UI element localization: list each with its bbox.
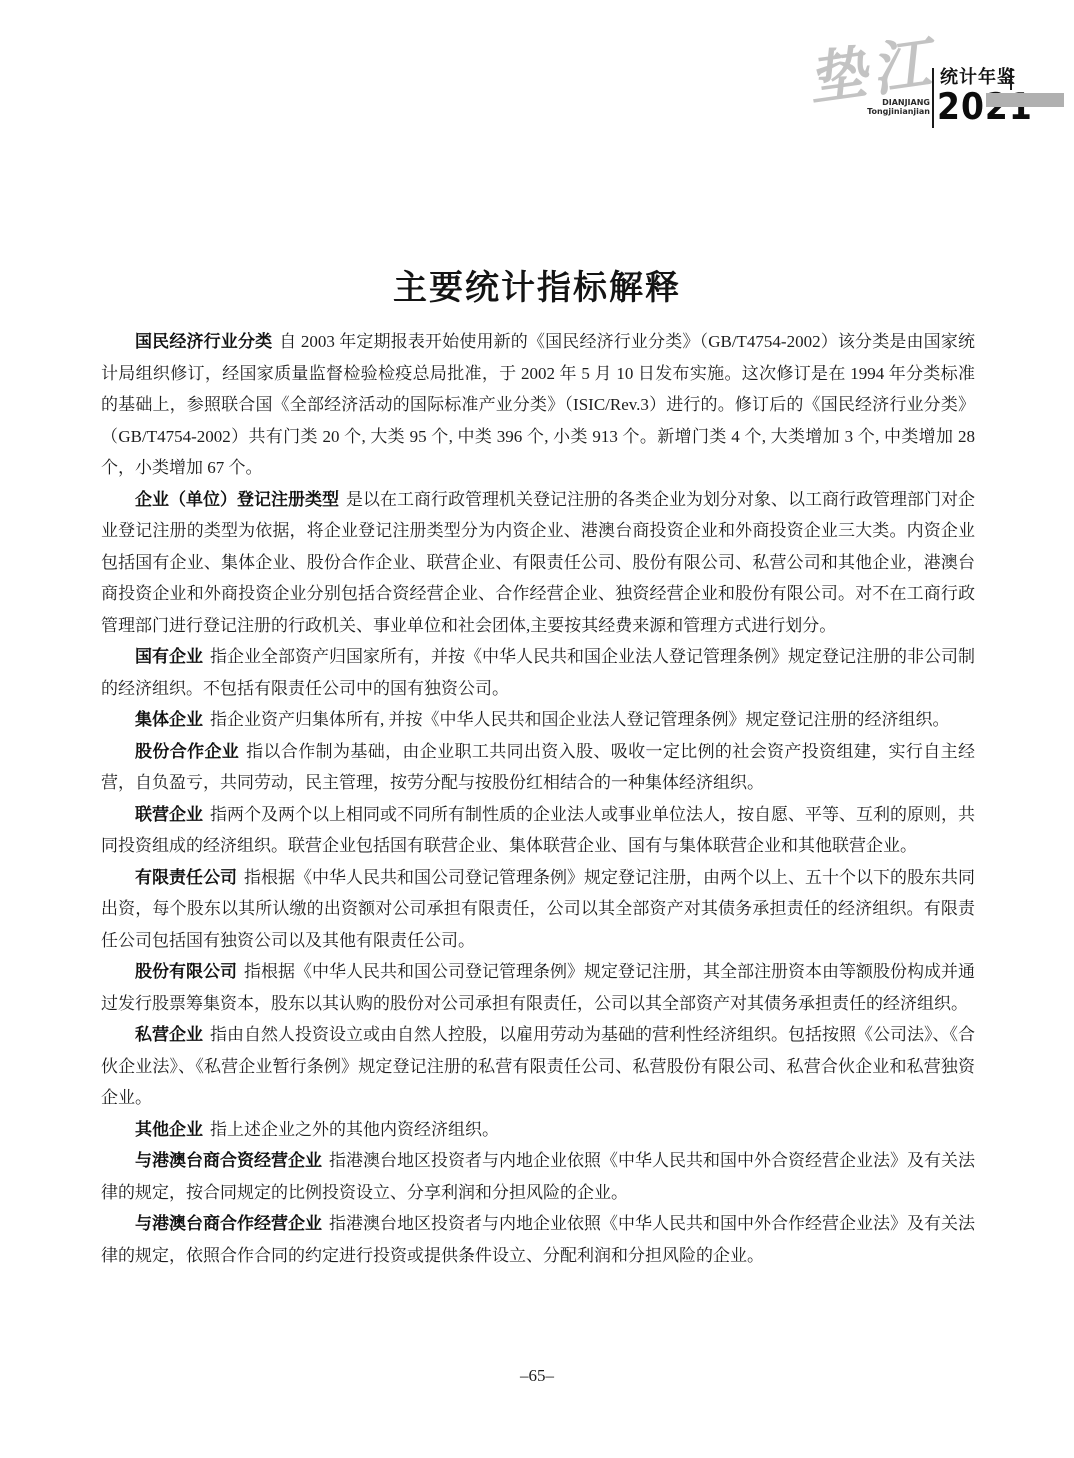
term-definition: 自 2003 年定期报表开始使用新的《国民经济行业分类》（GB/T4754-20… [101,332,975,477]
definition-paragraph: 集体企业指企业资产归集体所有, 并按《中华人民共和国企业法人登记管理条例》规定登… [101,704,975,736]
term-label: 股份有限公司 [135,962,237,981]
definition-paragraph: 其他企业指上述企业之外的其他内资经济组织。 [101,1114,975,1146]
logo-roman-line2: Tongjinianjian [822,107,930,116]
definition-paragraph: 与港澳台商合作经营企业指港澳台地区投资者与内地企业依照《中华人民共和国中外合作经… [101,1208,975,1271]
term-definition: 是以在工商行政管理机关登记注册的各类企业为划分对象、以工商行政管理部门对企业登记… [101,490,975,635]
logo-roman-line1: DIANJIANG [822,98,930,107]
document-body: 国民经济行业分类自 2003 年定期报表开始使用新的《国民经济行业分类》（GB/… [101,326,975,1271]
term-definition: 指企业全部资产归国家所有，并按《中华人民共和国企业法人登记管理条例》规定登记注册… [101,647,975,698]
definition-paragraph: 企业（单位）登记注册类型是以在工商行政管理机关登记注册的各类企业为划分对象、以工… [101,484,975,642]
term-label: 有限责任公司 [135,868,237,887]
term-label: 与港澳台商合作经营企业 [135,1214,322,1233]
definition-paragraph: 股份有限公司指根据《中华人民共和国公司登记管理条例》规定登记注册，其全部注册资本… [101,956,975,1019]
definition-paragraph: 国民经济行业分类自 2003 年定期报表开始使用新的《国民经济行业分类》（GB/… [101,326,975,484]
term-label: 国有企业 [135,647,203,666]
definition-paragraph: 股份合作企业指以合作制为基础，由企业职工共同出资入股、吸收一定比例的社会资产投资… [101,736,975,799]
term-label: 联营企业 [135,805,203,824]
term-definition: 指两个及两个以上相同或不同所有制性质的企业法人或事业单位法人，按自愿、平等、互利… [101,805,975,856]
term-label: 集体企业 [135,710,203,729]
definition-paragraph: 私营企业指由自然人投资设立或由自然人控股，以雇用劳动为基础的营利性经济组织。包括… [101,1019,975,1114]
logo-gray-bar [986,93,1064,107]
term-label: 股份合作企业 [135,742,239,761]
yearbook-logo: 垫江 DIANJIANG Tongjinianjian 统计年鉴 2021 [800,46,1074,136]
logo-vertical-divider [932,68,934,128]
logo-romanized-text: DIANJIANG Tongjinianjian [822,98,930,116]
definition-paragraph: 有限责任公司指根据《中华人民共和国公司登记管理条例》规定登记注册，由两个以上、五… [101,862,975,957]
term-definition: 指由自然人投资设立或由自然人控股，以雇用劳动为基础的营利性经济组织。包括按照《公… [101,1025,975,1107]
term-label: 企业（单位）登记注册类型 [135,490,339,509]
definition-paragraph: 与港澳台商合资经营企业指港澳台地区投资者与内地企业依照《中华人民共和国中外合资经… [101,1145,975,1208]
definition-paragraph: 国有企业指企业全部资产归国家所有，并按《中华人民共和国企业法人登记管理条例》规定… [101,641,975,704]
term-label: 私营企业 [135,1025,203,1044]
term-definition: 指上述企业之外的其他内资经济组织。 [210,1120,499,1139]
page-title: 主要统计指标解释 [0,260,1074,309]
page-number: –65– [0,1366,1074,1386]
term-definition: 指企业资产归集体所有, 并按《中华人民共和国企业法人登记管理条例》规定登记注册的… [210,710,950,729]
definition-paragraph: 联营企业指两个及两个以上相同或不同所有制性质的企业法人或事业单位法人，按自愿、平… [101,799,975,862]
term-label: 国民经济行业分类 [135,332,272,351]
term-label: 其他企业 [135,1120,203,1139]
term-label: 与港澳台商合资经营企业 [135,1151,322,1170]
